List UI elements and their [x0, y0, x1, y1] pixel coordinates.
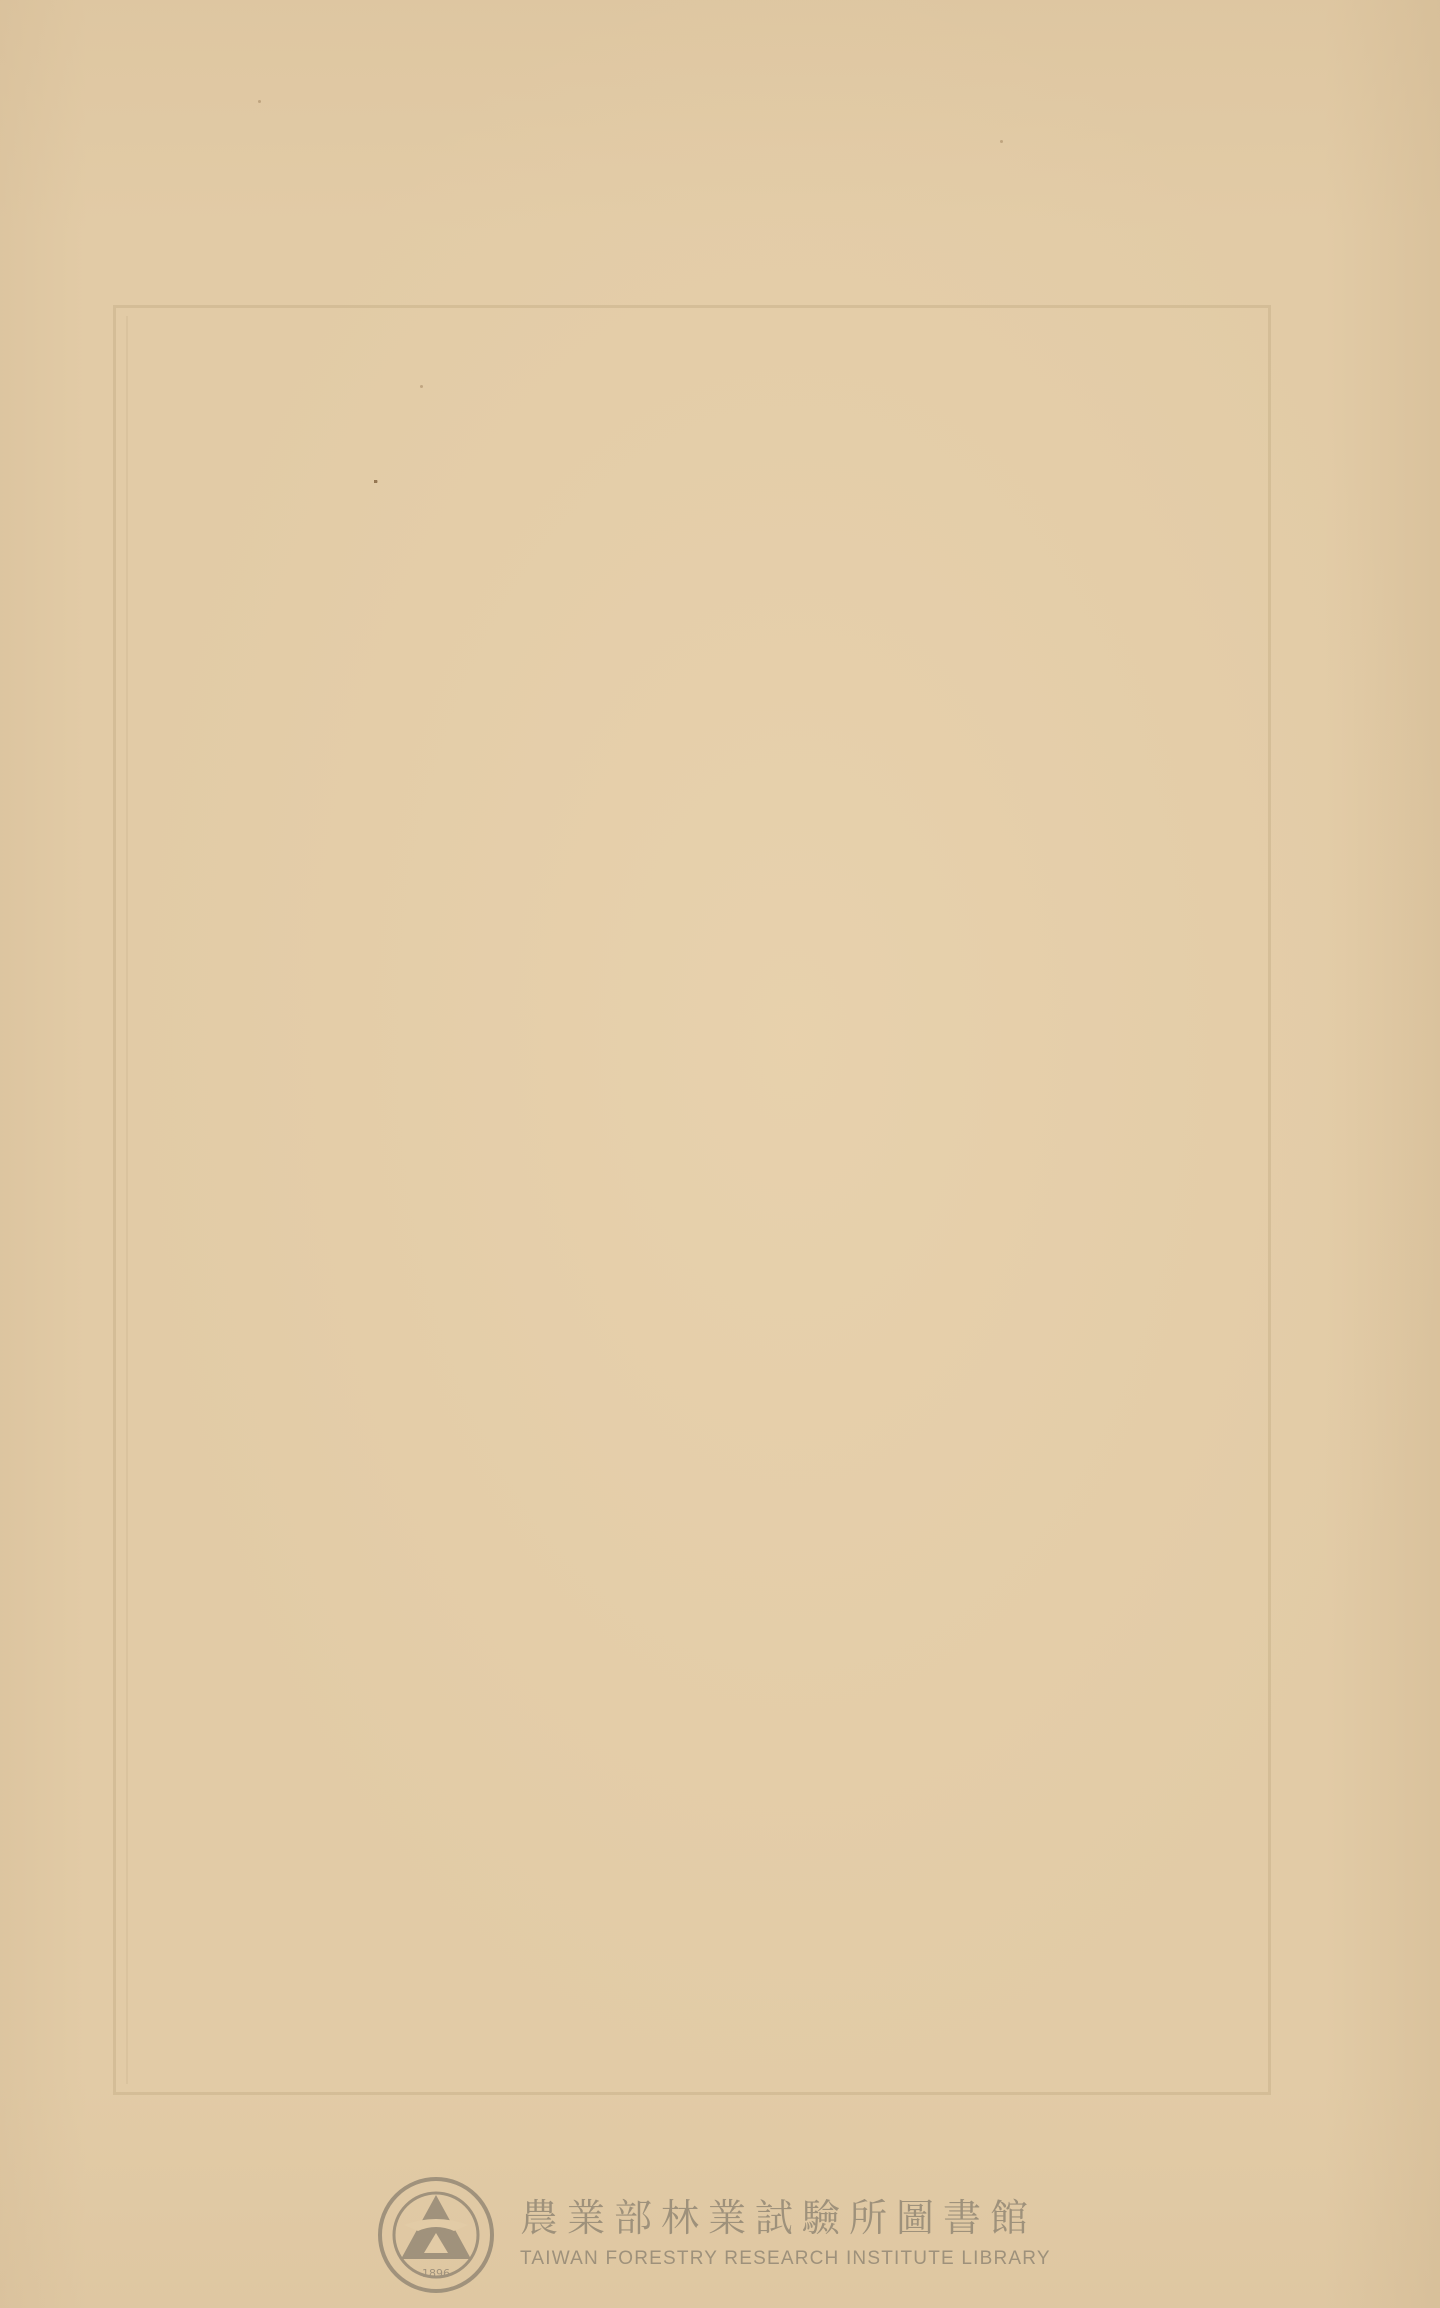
- paper-speck: [420, 385, 423, 388]
- library-watermark: 1896 農業部林業試驗所圖書館 TAIWAN FORESTRY RESEARC…: [374, 2172, 1051, 2298]
- page-frame-border: [113, 305, 1271, 2095]
- taiwan-forestry-research-institute-seal-icon: 1896: [374, 2173, 498, 2297]
- watermark-title-english: TAIWAN FORESTRY RESEARCH INSTITUTE LIBRA…: [520, 2248, 1051, 2270]
- watermark-title-chinese: 農業部林業試驗所圖書館: [520, 2196, 1051, 2240]
- paper-speck: [258, 100, 261, 103]
- paper-speck: [1000, 140, 1003, 143]
- paper-speck: [374, 480, 377, 483]
- svg-text:1896: 1896: [422, 2267, 450, 2280]
- page-frame-inner-rule: [126, 316, 1260, 2084]
